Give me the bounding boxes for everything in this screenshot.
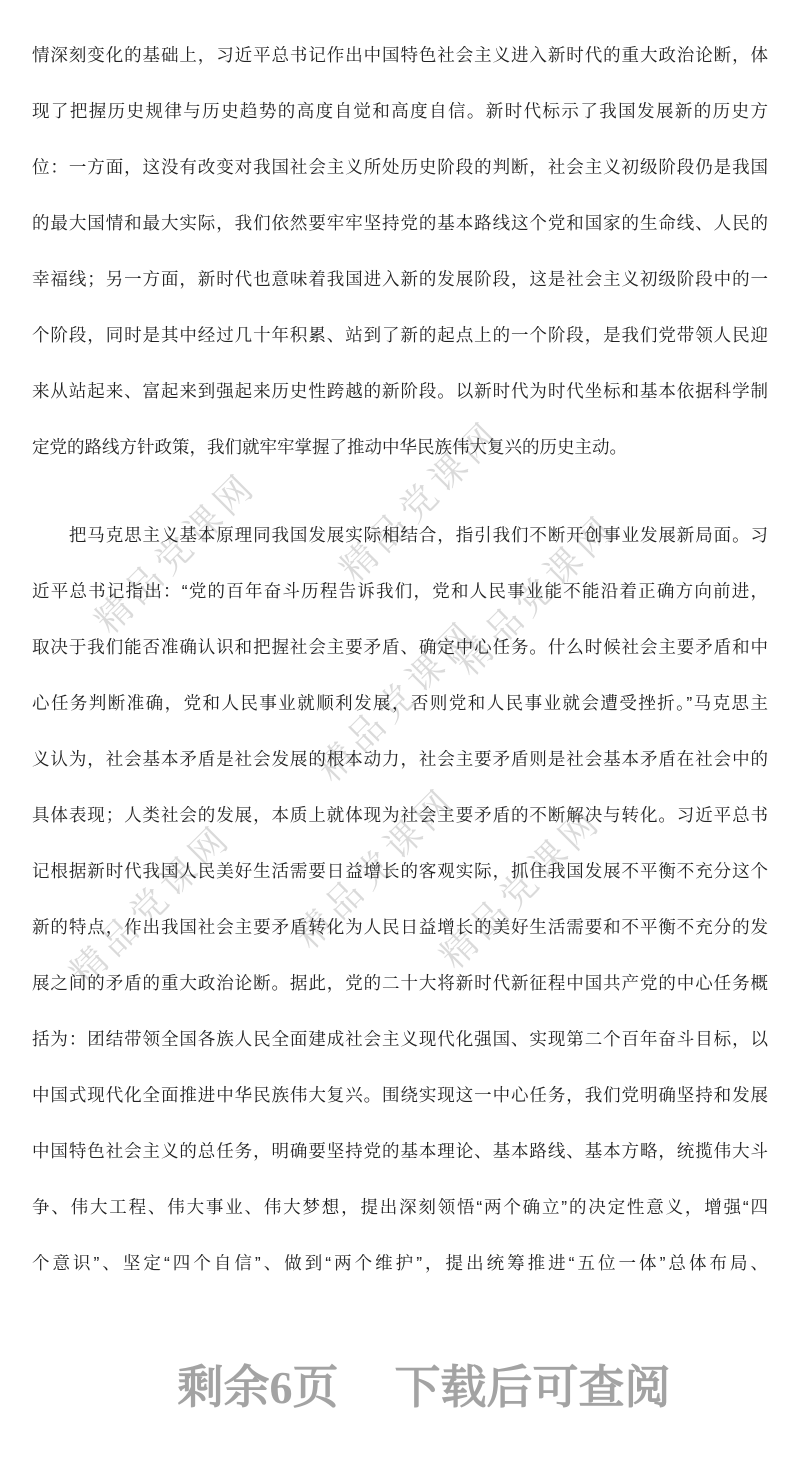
document-text-line: 新的特点，作出我国社会主要矛盾转化为人民日益增长的美好生活需要和不平衡不充分的发 <box>32 899 768 955</box>
document-text-line: 来从站起来、富起来到强起来历史性跨越的新阶段。以新时代为时代坐标和基本依据科学制 <box>32 363 768 419</box>
document-text-line: 情深刻变化的基础上，习近平总书记作出中国特色社会主义进入新时代的重大政治论断，体 <box>32 27 768 83</box>
paragraph: 情深刻变化的基础上，习近平总书记作出中国特色社会主义进入新时代的重大政治论断，体… <box>32 27 768 475</box>
pages-remaining-banner: 剩余6页 下载后可查阅 <box>24 1358 800 1418</box>
download-hint-label: 下载后可查阅 <box>395 1358 671 1418</box>
document-body: 情深刻变化的基础上，习近平总书记作出中国特色社会主义进入新时代的重大政治论断，体… <box>0 0 800 1291</box>
document-text-line: 定党的路线方针政策，我们就牢牢掌握了推动中华民族伟大复兴的历史主动。 <box>32 419 768 475</box>
document-text-line: 现了把握历史规律与历史趋势的高度自觉和高度自信。新时代标示了我国发展新的历史方 <box>32 83 768 139</box>
document-text-line: 位：一方面，这没有改变对我国社会主义所处历史阶段的判断，社会主义初级阶段仍是我国 <box>32 139 768 195</box>
document-text-line: 幸福线；另一方面，新时代也意味着我国进入新的发展阶段，这是社会主义初级阶段中的一 <box>32 251 768 307</box>
document-text-line: 个阶段，同时是其中经过几十年积累、站到了新的起点上的一个阶段，是我们党带领人民迎 <box>32 307 768 363</box>
document-text-line: 个意识”、坚定“四个自信”、做到“两个维护”，提出统筹推进“五位一体”总体布局、 <box>32 1235 768 1291</box>
paragraph: 把马克思主义基本原理同我国发展实际相结合，指引我们不断开创事业发展新局面。习近平… <box>32 507 768 1291</box>
document-text-line: 义认为，社会基本矛盾是社会发展的根本动力，社会主要矛盾则是社会基本矛盾在社会中的 <box>32 731 768 787</box>
document-preview-page: 精品党课网精品党课网精品党课网精品党课网精品党课网精品党课网精品党课网 情深刻变… <box>0 0 800 1475</box>
document-text-line: 近平总书记指出：“党的百年奋斗历程告诉我们，党和人民事业能不能沿着正确方向前进， <box>32 563 768 619</box>
document-text-line: 具体表现；人类社会的发展，本质上就体现为社会主要矛盾的不断解决与转化。习近平总书 <box>32 787 768 843</box>
document-text-line: 争、伟大工程、伟大事业、伟大梦想，提出深刻领悟“两个确立”的决定性意义，增强“四 <box>32 1179 768 1235</box>
document-text-line: 括为：团结带领全国各族人民全面建成社会主义现代化强国、实现第二个百年奋斗目标，以 <box>32 1011 768 1067</box>
pages-remaining-label: 剩余6页 <box>178 1358 339 1418</box>
document-text-line: 的最大国情和最大实际，我们依然要牢牢坚持党的基本路线这个党和国家的生命线、人民的 <box>32 195 768 251</box>
document-text-line: 展之间的矛盾的重大政治论断。据此，党的二十大将新时代新征程中国共产党的中心任务概 <box>32 955 768 1011</box>
document-text-line: 把马克思主义基本原理同我国发展实际相结合，指引我们不断开创事业发展新局面。习 <box>32 507 768 563</box>
document-text-line: 中国特色社会主义的总任务，明确要坚持党的基本理论、基本路线、基本方略，统揽伟大斗 <box>32 1123 768 1179</box>
document-text-line: 记根据新时代我国人民美好生活需要日益增长的客观实际，抓住我国发展不平衡不充分这个 <box>32 843 768 899</box>
document-text-line: 中国式现代化全面推进中华民族伟大复兴。围绕实现这一中心任务，我们党明确坚持和发展 <box>32 1067 768 1123</box>
document-text-line: 心任务判断准确，党和人民事业就顺利发展，否则党和人民事业就会遭受挫折。”马克思主 <box>32 675 768 731</box>
document-text-line: 取决于我们能否准确认识和把握社会主要矛盾、确定中心任务。什么时候社会主要矛盾和中 <box>32 619 768 675</box>
